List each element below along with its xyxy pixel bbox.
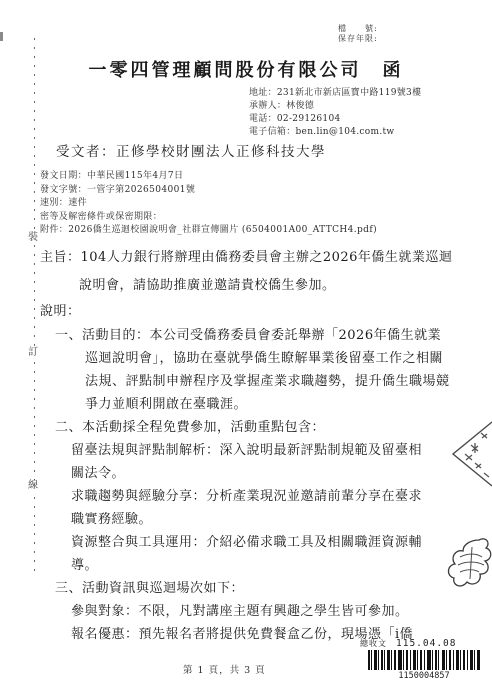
sender-email: 電子信箱：ben.lin@104.com.tw [249, 126, 421, 139]
sender-phone: 電話：02-29126104 [249, 113, 421, 126]
sender-contact-person: 承辦人：林俊德 [249, 100, 421, 113]
issue-date-line: 發文日期：中華民國115年4月7日 [40, 170, 377, 184]
attachment-line: 附件：2026僑生巡迴校園說明會_社群宣傳圖片 (6504001A00_ATTC… [40, 224, 377, 238]
item-marker: 二、 [55, 420, 82, 435]
page-indicator: 第 1 頁，共 3 頁 [183, 662, 266, 676]
scribble-stamp-icon [446, 537, 492, 600]
item-text: 資源整合與工具運用：介紹必備求職工具及相關職涯資源輔導。 [71, 535, 422, 573]
description-item: 資源整合與工具運用：介紹必備求職工具及相關職涯資源輔導。 [40, 531, 454, 577]
description-list: 一、活動目的：本公司受僑務委員會委託舉辦「2026年僑生就業巡迴說明會」，協助在… [40, 324, 454, 646]
received-stamp-line: 總收文 115.04.08 [360, 638, 456, 649]
retention-period-label: 保存年限: [338, 34, 378, 44]
security-class-line: 密等及解密條件或保密期限： [40, 211, 377, 225]
recipient-line: 受文者：正修學校財團法人正修科技大學 [56, 140, 326, 160]
document-title: 一零四管理顧問股份有限公司 函 [0, 56, 492, 82]
subject-text: 104人力銀行將辦理由僑務委員會主辦之2026年僑生就業巡迴說明會，請協助推廣並… [79, 250, 452, 293]
doc-meta-block: 發文日期：中華民國115年4月7日 發文字號：一管字第2026504001號 速… [40, 170, 377, 238]
received-label: 總收文 [360, 638, 387, 649]
letter-body: 主旨：104人力銀行將辦理由僑務委員會主辦之2026年僑生就業巡迴說明會，請協助… [40, 244, 454, 646]
sender-contact-block: 地址：231新北市新店區寶中路119號3樓 承辦人：林俊德 電話：02-2912… [249, 87, 421, 139]
description-item: 留臺法規與評點制解析：深入說明最新評點制規範及留臺相關法令。 [40, 439, 454, 485]
description-label: 說明： [40, 300, 454, 324]
binding-mark-xian: 線 [28, 480, 38, 491]
official-letter-page: 裝 訂 線 檔 號: 保存年限: 一零四管理顧問股份有限公司 函 地址：231新… [0, 0, 492, 700]
scan-artifact [0, 32, 3, 41]
item-text: 活動目的：本公司受僑務委員會委託舉辦「2026年僑生就業巡迴說明會」，協助在臺就… [82, 328, 450, 412]
file-number-block: 檔 號: 保存年限: [338, 24, 378, 44]
file-number-label: 檔 號: [338, 24, 378, 34]
received-date: 115.04.08 [396, 638, 456, 649]
barcode-number: 1150004857 [368, 671, 480, 681]
item-text: 參與對象：不限，凡對講座主題有興趣之學生皆可參加。 [71, 604, 409, 619]
binding-mark-ding: 訂 [28, 347, 38, 358]
item-marker: 三、 [55, 581, 82, 596]
corner-receipt-stamp [451, 421, 492, 491]
doc-number-line: 發文字號：一管字第2026504001號 [40, 184, 377, 198]
barcode-icon [368, 650, 480, 670]
binding-mark-zhuang: 裝 [28, 232, 38, 243]
description-item: 求職趨勢與經驗分享：分析產業現況並邀請前輩分享在臺求職實務經驗。 [40, 485, 454, 531]
description-item: 一、活動目的：本公司受僑務委員會委託舉辦「2026年僑生就業巡迴說明會」，協助在… [40, 324, 454, 416]
description-item: 參與對象：不限，凡對講座主題有興趣之學生皆可參加。 [40, 600, 454, 623]
item-text: 活動資訊與巡迴場次如下： [82, 581, 244, 596]
description-item: 二、本活動採全程免費參加，活動重點包含： [40, 416, 454, 439]
scribble-stamp [446, 537, 492, 604]
item-text: 求職趨勢與經驗分享：分析產業現況並邀請前輩分享在臺求職實務經驗。 [71, 489, 422, 527]
sender-address: 地址：231新北市新店區寶中路119號3樓 [249, 87, 421, 100]
subject-label: 主旨： [40, 250, 81, 265]
speed-class-line: 速別：速件 [40, 197, 377, 211]
subject-paragraph: 主旨：104人力銀行將辦理由僑務委員會主辦之2026年僑生就業巡迴說明會，請協助… [40, 244, 454, 300]
item-text: 留臺法規與評點制解析：深入說明最新評點制規範及留臺相關法令。 [71, 443, 422, 481]
triangle-stamp-icon [451, 421, 492, 487]
binding-dotted-line [34, 38, 35, 575]
item-marker: 一、 [55, 328, 82, 343]
description-item: 三、活動資訊與巡迴場次如下： [40, 577, 454, 600]
item-text: 本活動採全程免費參加，活動重點包含： [82, 420, 325, 435]
